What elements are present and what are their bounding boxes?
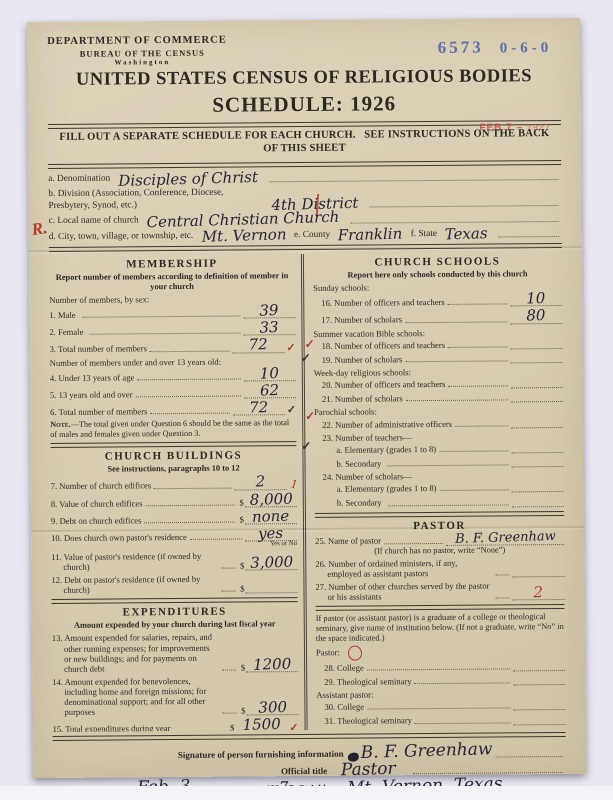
membership-section-subtitle: Report number of members according to de…: [49, 271, 295, 293]
dotted-leader: [448, 386, 508, 387]
red-checkmark: ✓: [289, 724, 298, 732]
dollar-sign: $: [241, 662, 245, 672]
form-print-codes: 8—5518 a 11—9054: [53, 793, 566, 800]
q9-edifice-debt: 9. Debt on church edifices $ none: [51, 510, 297, 526]
dotted-leader: [455, 425, 508, 426]
q15-total-expenditures: 15. Total expenditures during year $ 150…: [53, 719, 299, 733]
q23a-elementary: a. Elementary (grades 1 to 8): [336, 442, 563, 455]
dotted-leader: [137, 378, 241, 380]
q7-value: 2: [255, 476, 265, 490]
q8-edifice-value: 8. Value of church edifices $ 8,000: [51, 493, 297, 509]
q16-label: 16. Number of officers and teachers: [321, 297, 445, 308]
q11-answer: 3,000: [245, 556, 297, 571]
q23b-label: b. Secondary: [336, 458, 384, 469]
buildings-section-title: CHURCH BUILDINGS: [50, 450, 296, 465]
city-value: Mt. Vernon: [201, 228, 286, 244]
q22-label: 22. Number of administrative officers: [322, 418, 452, 429]
q23b-answer: [511, 456, 563, 468]
q14-benevolences: 14. Amount expended for benevolences, in…: [52, 675, 298, 717]
q10-label: 10. Does church own pastor's residence: [51, 532, 187, 543]
po-address-value: Mt. Vernon, Texas: [346, 777, 502, 797]
q10-owns-residence: 10. Does church own pastor's residence y…: [51, 527, 297, 543]
q13-value: 1200: [253, 658, 292, 673]
field-denomination: a. Denomination Disciples of Christ: [48, 170, 561, 187]
q5-answer: 62: [244, 384, 296, 399]
q5-value: 62: [260, 384, 279, 398]
certification-footer: Signature of person furnishing informati…: [53, 743, 566, 800]
q14-value: 300: [258, 701, 287, 715]
q23a-label: a. Elementary (grades 1 to 8): [336, 444, 436, 455]
membership-section-title: MEMBERSHIP: [49, 257, 295, 272]
q10-answer: yesYes or No: [245, 527, 297, 542]
q27-answer: 2: [512, 586, 564, 601]
q18-answer: [511, 338, 563, 350]
state-value: Texas: [445, 227, 488, 242]
q11-value: 3,000: [250, 556, 293, 571]
q28-college: 28. College: [324, 660, 565, 673]
q29-label: 29. Theological seminary: [324, 676, 412, 687]
q17-value: 80: [527, 309, 546, 323]
red-margin-checkmark: ✓: [305, 340, 315, 350]
q22-answer: [511, 417, 563, 429]
date-field: Date Feb. 3, , 192 7: [53, 779, 289, 796]
q19-scholars: 19. Number of scholars: [322, 352, 563, 365]
form-schedule-year: SCHEDULE: 1926: [48, 89, 561, 119]
dollar-sign: $: [240, 561, 244, 571]
dotted-leader: [221, 591, 235, 592]
dotted-leader: [199, 792, 259, 793]
note-lead: Note.: [50, 420, 71, 429]
red-checkmark: ✓: [286, 344, 295, 353]
scanned-document-background: DEPARTMENT OF COMMERCE BUREAU OF THE CEN…: [0, 0, 613, 800]
q29-seminary: 29. Theological seminary: [324, 674, 565, 687]
dotted-leader: [221, 568, 235, 569]
dotted-leader: [499, 236, 559, 237]
signature-label: Signature of person furnishing informati…: [178, 749, 344, 762]
q7-answer: 2: [234, 476, 286, 491]
q4-under-13: 4. Under 13 years of age 10: [50, 367, 296, 383]
schools-section-title: CHURCH SCHOOLS: [313, 255, 562, 270]
dotted-leader: [90, 333, 241, 335]
instructions-banner: FILL OUT A SEPARATE SCHEDULE FOR EACH CH…: [53, 125, 556, 160]
yes-or-no-hint: Yes or No: [270, 540, 297, 548]
dotted-leader: [388, 464, 509, 466]
right-column: ✓ ✓ ✓ ✓ CHURCH SCHOOLS Report here only …: [301, 252, 566, 730]
red-tally-mark: 1: [290, 479, 298, 490]
q24b-answer: [512, 495, 564, 507]
dotted-leader: [222, 713, 236, 714]
serial-number: 6573: [438, 38, 484, 57]
q25-label: 25. Name of pastor: [315, 536, 381, 547]
dotted-leader: [369, 205, 558, 207]
dotted-leader: [405, 321, 507, 323]
q25-answer: B. F. Greenhaw: [446, 532, 564, 545]
q24a-elementary: a. Elementary (grades 1 to 8): [337, 481, 564, 494]
field-city-county-state: d. City, town, village, or township, etc…: [49, 227, 562, 244]
q8-value: 8,000: [249, 492, 292, 507]
church-name-label: c. Local name of church: [49, 215, 139, 227]
dotted-leader: [222, 669, 236, 670]
q24-scholars-heading: 24. Number of scholars—: [323, 470, 564, 482]
dotted-leader: [511, 789, 563, 790]
expenditures-section-subtitle: Amount expended by your church during la…: [52, 620, 298, 632]
q26-answer: [512, 566, 564, 578]
red-circle-annotation: [347, 645, 363, 661]
po-address-label: P. O. Address: [289, 783, 341, 795]
dotted-leader: [150, 350, 229, 352]
pastor-subgroup-label: Pastor:: [316, 644, 565, 661]
q18-officers-teachers: 18. Number of officers and teachers: [322, 338, 563, 351]
q20-officers-teachers: 20. Number of officers and teachers: [322, 377, 563, 390]
q10-value: yes: [258, 527, 283, 541]
dotted-leader: [173, 730, 225, 731]
q8-answer: 8,000: [245, 493, 297, 508]
red-margin-annotation: R.: [30, 217, 49, 240]
q27-other-churches: 27. Number of other churches served by t…: [315, 580, 564, 602]
official-title-value: Pastor: [341, 761, 396, 778]
divider: [48, 160, 561, 169]
state-label: f. State: [411, 229, 437, 241]
q5-label: 5. 13 years old and over: [50, 389, 133, 400]
q8-label: 8. Value of church edifices: [51, 498, 143, 509]
q16-value: 10: [526, 292, 545, 306]
dotted-leader: [439, 490, 508, 492]
year-digit-value: 7: [279, 781, 289, 795]
q24b-label: b. Secondary: [337, 498, 385, 509]
dotted-leader: [150, 413, 229, 415]
q2-answer: 33: [243, 321, 295, 336]
group-summer-bible-schools: Summer vacation Bible schools:: [313, 327, 562, 339]
q14-answer: 300: [246, 701, 298, 716]
date-address-row: Date Feb. 3, , 192 7 P. O. Address Mt. V…: [53, 777, 566, 796]
dollar-sign: $: [240, 514, 244, 524]
q25-pastor-name: 25. Name of pastor B. F. Greenhaw: [315, 532, 564, 546]
dollar-sign: $: [240, 584, 244, 594]
q31-answer: [513, 713, 565, 725]
q23a-answer: [511, 442, 563, 454]
dotted-leader: [144, 521, 234, 523]
q21-scholars: 21. Number of scholars: [322, 391, 563, 404]
q21-label: 21. Number of scholars: [322, 393, 403, 404]
dotted-leader: [367, 668, 510, 670]
q4-answer: 10: [244, 367, 296, 382]
dotted-leader: [136, 396, 241, 398]
q7-label: 7. Number of church edifices: [51, 481, 152, 492]
dotted-leader: [350, 221, 558, 224]
form-title: UNITED STATES CENSUS OF RELIGIOUS BODIES: [47, 65, 560, 92]
dollar-sign: $: [230, 723, 234, 732]
q1-label: 1. Male: [49, 310, 79, 320]
dotted-leader: [439, 450, 508, 452]
q21-answer: [511, 391, 563, 403]
q4-value: 10: [260, 367, 279, 381]
dotted-leader: [146, 504, 235, 506]
note-text: —The total given under Question 6 should…: [50, 418, 289, 439]
q23b-secondary: b. Secondary: [336, 456, 563, 469]
q29-answer: [513, 674, 565, 686]
dotted-leader: [415, 722, 511, 724]
dotted-leader: [388, 504, 509, 506]
dark-margin-checkmark: ✓: [301, 442, 311, 452]
dark-margin-checkmark: ✓: [301, 354, 311, 364]
group-sunday-schools: Sunday schools:: [313, 281, 562, 293]
q12-residence-debt: 12. Debt on pastor's residence (if owned…: [51, 573, 297, 595]
q17-scholars: 17. Number of scholars 80: [321, 309, 562, 325]
q1-answer: 39: [243, 304, 295, 319]
dotted-leader: [384, 543, 443, 544]
q31-seminary: 31. Theological seminary: [324, 713, 565, 726]
q15-answer: 1500: [235, 719, 287, 733]
dotted-leader: [495, 756, 562, 758]
q30-college: 30. College: [324, 699, 565, 712]
q11-label: 11. Value of pastor's residence (if owne…: [51, 551, 218, 573]
dark-checkmark: ✓: [287, 406, 296, 415]
q12-answer: [245, 582, 297, 594]
q13-label: 13. Amount expended for salaries, repair…: [52, 632, 219, 674]
dotted-leader: [190, 538, 242, 539]
q9-label: 9. Debt on church edifices: [51, 515, 142, 526]
form-code-2: 11—9054: [160, 796, 187, 800]
batch-code: 0-6-0: [500, 40, 553, 56]
two-column-body: MEMBERSHIP Report number of members acco…: [49, 252, 566, 732]
q17-label: 17. Number of scholars: [321, 315, 402, 326]
q28-label: 28. College: [324, 662, 364, 672]
dotted-leader: [367, 708, 510, 710]
dotted-leader: [82, 316, 240, 318]
q14-label: 14. Amount expended for benevolences, in…: [52, 676, 219, 718]
q3-answer: 72: [232, 339, 284, 354]
dotted-leader: [448, 346, 508, 347]
church-identity-fields: R. a. Denomination Disciples of Christ b…: [48, 170, 562, 244]
divider: [316, 604, 565, 611]
county-label: e. County: [294, 229, 330, 241]
q13-running-expenses: 13. Amount expended for salaries, repair…: [52, 631, 298, 673]
banner-sentence-1: FILL OUT A SEPARATE SCHEDULE FOR EACH CH…: [59, 128, 355, 142]
q6-label: 6. Total number of members: [50, 406, 147, 417]
dotted-leader: [415, 682, 511, 684]
q18-label: 18. Number of officers and teachers: [322, 340, 446, 351]
q15-value: 1500: [242, 718, 281, 732]
dotted-leader: [495, 574, 509, 575]
q31-label: 31. Theological seminary: [324, 716, 412, 727]
q30-label: 30. College: [324, 702, 364, 712]
q24a-label: a. Elementary (grades 1 to 8): [337, 483, 437, 494]
q9-value: none: [252, 509, 290, 524]
q27-label: 27. Number of other churches served by t…: [315, 580, 492, 602]
dotted-leader: [74, 792, 134, 793]
denomination-label: a. Denomination: [48, 174, 110, 186]
dotted-leader: [405, 360, 507, 362]
q19-answer: [511, 352, 563, 364]
q27-value-red: 2: [534, 586, 544, 600]
q9-answer: none: [245, 510, 297, 525]
schools-section-subtitle: Report here only schools conducted by th…: [313, 269, 562, 281]
po-address-field: P. O. Address Mt. Vernon, Texas: [289, 778, 566, 794]
q30-answer: [513, 699, 565, 711]
q6-answer: 72: [233, 401, 285, 416]
q22-admin-officers: 22. Number of administrative officers: [322, 417, 563, 430]
q17-answer: 80: [510, 309, 562, 324]
q25-hint: (If church has no pastor, write “None”): [315, 545, 564, 557]
divider: [315, 510, 564, 517]
q28-answer: [513, 660, 565, 672]
divider: [52, 598, 298, 605]
q15-label: 15. Total expenditures during year: [53, 724, 171, 733]
serial-number-stamp: 65730-6-0: [438, 36, 553, 59]
signature-row: Signature of person furnishing informati…: [53, 743, 566, 762]
q3-value: 72: [249, 339, 268, 353]
dotted-leader: [269, 179, 558, 182]
q6-value: 72: [249, 401, 268, 415]
q1-value: 39: [260, 304, 279, 318]
official-title-label: Official title: [281, 765, 327, 777]
q26-label: 26. Number of ordained ministers, if any…: [315, 557, 492, 579]
group-parochial-schools: Parochial schools:: [314, 405, 563, 417]
dotted-leader: [406, 400, 508, 402]
left-column: MEMBERSHIP Report number of members acco…: [49, 254, 305, 732]
q3-total-members: 3. Total number of members 72 ✓: [50, 339, 296, 355]
group-weekday-schools: Week-day religious schools:: [314, 366, 563, 378]
q20-answer: [511, 377, 563, 389]
denomination-value: Disciples of Christ: [118, 170, 258, 188]
assistant-pastor-subgroup-label: Assistant pastor:: [316, 688, 565, 700]
city-label: d. City, town, village, or township, etc…: [49, 231, 194, 244]
dollar-sign: $: [241, 706, 245, 716]
q25-value: B. F. Greenhaw: [455, 531, 556, 546]
q24a-answer: [512, 481, 564, 493]
bureau-city: Washington: [47, 57, 237, 67]
q6-total-members: 6. Total number of members 72 ✓: [50, 401, 296, 417]
dotted-leader: [496, 597, 510, 598]
pastor-label: Pastor:: [316, 647, 340, 657]
q26-ordained-ministers: 26. Number of ordained ministers, if any…: [315, 556, 564, 578]
q24b-secondary: b. Secondary: [337, 495, 564, 508]
dollar-sign: $: [239, 497, 243, 507]
note-lead: Note.: [317, 729, 338, 732]
printed-year-prefix: , 192: [261, 783, 279, 794]
q4-label: 4. Under 13 years of age: [50, 372, 135, 383]
q11-residence-value: 11. Value of pastor's residence (if owne…: [51, 550, 297, 572]
graduate-instruction: If pastor (or assistant pastor) is a gra…: [316, 612, 565, 644]
dotted-leader: [154, 487, 231, 489]
q20-label: 20. Number of officers and teachers: [322, 379, 446, 390]
census-schedule-form: DEPARTMENT OF COMMERCE BUREAU OF THE CEN…: [27, 18, 586, 778]
county-value: Franklin: [338, 227, 403, 242]
division-label: b. Division (Association, Conference, Di…: [48, 187, 263, 212]
q3-label: 3. Total number of members: [50, 344, 147, 355]
membership-note: Note.—The total given under Question 6 s…: [50, 418, 296, 439]
q13-answer: 1200: [246, 658, 298, 673]
date-label: Date: [53, 785, 71, 796]
q16-answer: 10: [510, 292, 562, 307]
red-margin-checkmark: ✓: [305, 412, 315, 422]
q12-label: 12. Debt on pastor's residence (if owned…: [51, 574, 218, 596]
q23-teachers-heading: 23. Number of teachers—: [322, 431, 563, 443]
divider: [50, 442, 296, 449]
q2-value: 33: [260, 321, 279, 335]
date-value: Feb. 3,: [137, 779, 196, 796]
q19-label: 19. Number of scholars: [322, 354, 403, 365]
expenditures-section-title: EXPENDITURES: [52, 606, 298, 621]
q2-label: 2. Female: [49, 327, 86, 337]
q7-edifices: 7. Number of church edifices 2 1: [51, 475, 297, 491]
dotted-leader: [448, 304, 508, 305]
